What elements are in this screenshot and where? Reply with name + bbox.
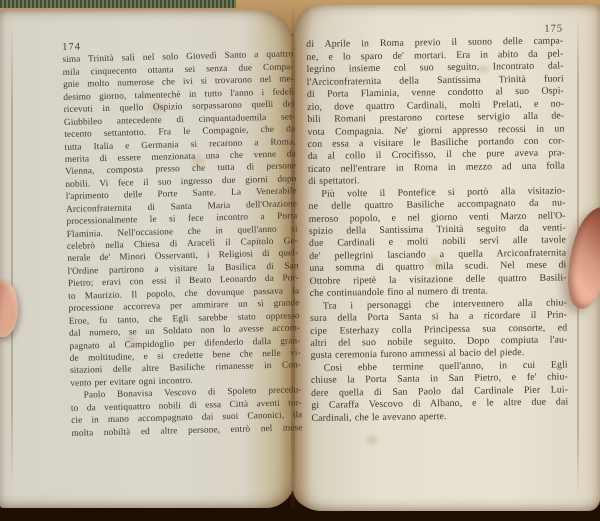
foxing-stain xyxy=(360,430,384,450)
right-page-lines: di Aprile in Roma previo il suono delle … xyxy=(306,36,568,425)
left-page-lines: sima Trinità salì nel solo Giovedì Santo… xyxy=(62,49,302,440)
right-page-text: 175 di Aprile in Roma previo il suono de… xyxy=(306,23,569,425)
left-page-text: 174 sima Trinità salì nel solo Giovedì S… xyxy=(62,36,303,440)
book-photo: 174 sima Trinità salì nel solo Giovedì S… xyxy=(0,0,600,521)
left-page-crease xyxy=(11,20,13,490)
cloth-spine-edge xyxy=(0,0,236,8)
